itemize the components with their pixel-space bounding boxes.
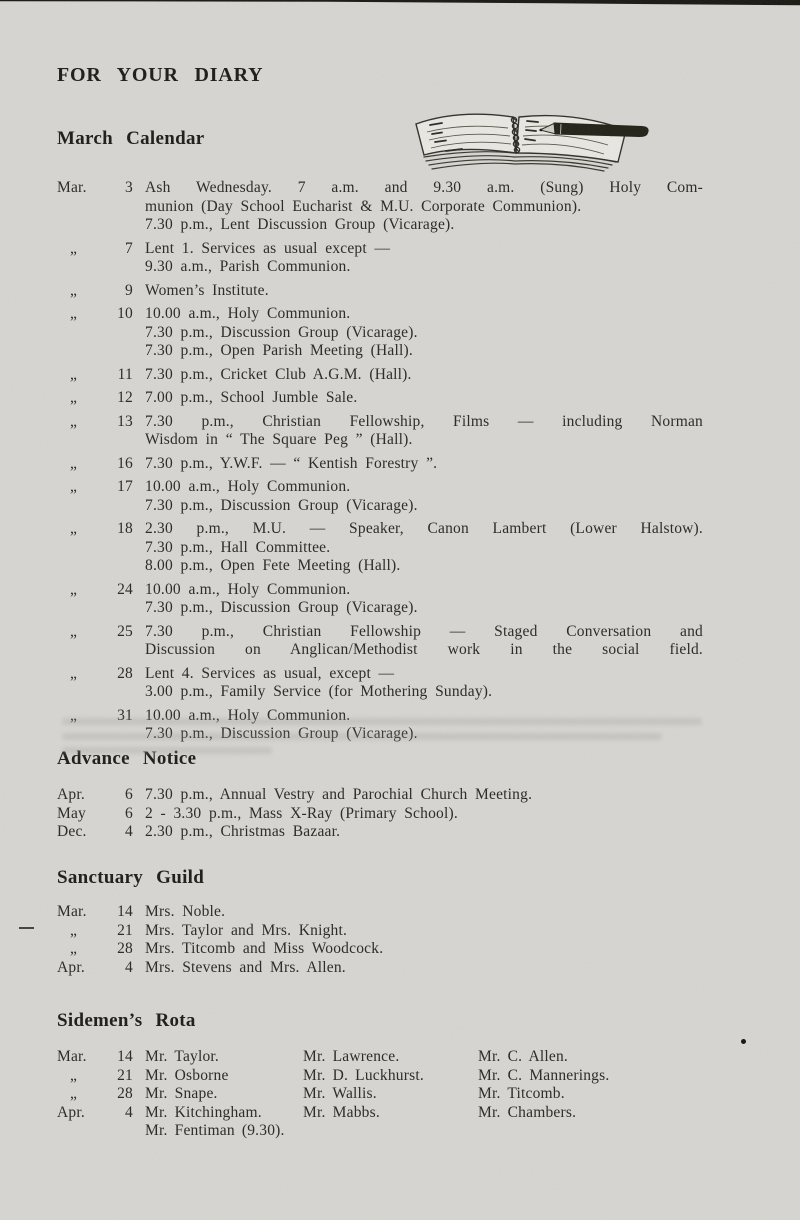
entry-text: Women’s Institute.: [133, 282, 762, 301]
sideman-name: [303, 1122, 478, 1141]
advance-notice-entry: Apr.67.30 p.m., Annual Vestry and Paroch…: [57, 786, 762, 805]
entry-month-label: „: [57, 623, 105, 660]
entry-text-line: 2 - 3.30 p.m., Mass X-Ray (Primary Schoo…: [145, 805, 762, 824]
entry-text-line: 10.00 a.m., Holy Communion.: [145, 478, 762, 497]
entry-day-number: 9: [105, 282, 133, 301]
sideman-name: Mr. Taylor.: [145, 1048, 303, 1067]
entry-text-line: 2.30 p.m., M.U. — Speaker, Canon Lambert…: [145, 520, 703, 539]
entry-day-number: 10: [105, 305, 133, 361]
entry-day-number: 4: [105, 823, 133, 842]
entry-text-line: Lent 1. Services as usual except —: [145, 240, 762, 259]
calendar-entry: „9Women’s Institute.: [57, 282, 762, 301]
entry-month-label: „: [57, 665, 105, 702]
entry-day-number: 4: [105, 959, 133, 978]
entry-text-line: 7.30 p.m., Discussion Group (Vicarage).: [145, 324, 762, 343]
entry-day-number: 7: [105, 240, 133, 277]
entry-names: Mr. Taylor.Mr. Lawrence.Mr. C. Allen.: [133, 1048, 762, 1067]
sidemens-rota-heading: Sidemen’s Rota: [57, 1010, 762, 1032]
sanctuary-guild-rows: Mar.14Mrs. Noble.„21Mrs. Taylor and Mrs.…: [57, 903, 762, 977]
sanctuary-guild-heading: Sanctuary Guild: [57, 867, 762, 889]
entry-month-label: „: [57, 1085, 105, 1104]
sanctuary-guild-section: Sanctuary Guild Mar.14Mrs. Noble.„21Mrs.…: [57, 867, 762, 977]
entry-text-line: Mrs. Taylor and Mrs. Knight.: [145, 922, 762, 941]
entry-text-line: Discussion on Anglican/Methodist work in…: [145, 641, 703, 660]
sideman-name: Mr. Kitchingham.: [145, 1104, 303, 1123]
march-calendar-heading: March Calendar: [57, 128, 204, 150]
sanctuary-guild-entry: Apr.4Mrs. Stevens and Mrs. Allen.: [57, 959, 762, 978]
entry-day-number: 4: [105, 1104, 133, 1123]
entry-day-number: 21: [105, 922, 133, 941]
sideman-name: [478, 1122, 762, 1141]
calendar-entry: „28Lent 4. Services as usual, except —3.…: [57, 665, 762, 702]
entry-month-label: „: [57, 366, 105, 385]
sideman-name: Mr. D. Luckhurst.: [303, 1067, 478, 1086]
sideman-name: Mr. Fentiman (9.30).: [145, 1122, 303, 1141]
sidemens-rota-entry: „28Mr. Snape.Mr. Wallis.Mr. Titcomb.: [57, 1085, 762, 1104]
entry-names: Mr. OsborneMr. D. Luckhurst.Mr. C. Manne…: [133, 1067, 762, 1086]
sideman-name: Mr. Snape.: [145, 1085, 303, 1104]
entry-month-label: Apr.: [57, 786, 105, 805]
calendar-entry: „117.30 p.m., Cricket Club A.G.M. (Hall)…: [57, 366, 762, 385]
entry-month-label: „: [57, 478, 105, 515]
entry-text: Mrs. Taylor and Mrs. Knight.: [133, 922, 762, 941]
entry-text-line: Women’s Institute.: [145, 282, 762, 301]
entry-text: Lent 1. Services as usual except —9.30 a…: [133, 240, 762, 277]
entry-month-label: Mar.: [57, 179, 105, 235]
calendar-entry: „167.30 p.m., Y.W.F. — “ Kentish Forestr…: [57, 455, 762, 474]
entry-month-label: „: [57, 282, 105, 301]
entry-month-label: „: [57, 922, 105, 941]
sidemens-rota-section: Sidemen’s Rota Mar.14Mr. Taylor.Mr. Lawr…: [57, 1010, 762, 1141]
entry-day-number: 16: [105, 455, 133, 474]
calendar-entry: „257.30 p.m., Christian Fellowship — Sta…: [57, 623, 762, 660]
entry-text: Ash Wednesday. 7 a.m. and 9.30 a.m. (Sun…: [133, 179, 762, 235]
entry-text-line: Lent 4. Services as usual, except —: [145, 665, 762, 684]
pen-icon: [540, 123, 649, 137]
entry-text-line: Mrs. Titcomb and Miss Woodcock.: [145, 940, 762, 959]
entry-month-label: „: [57, 240, 105, 277]
ink-dot-mark: [741, 1039, 746, 1044]
entry-month-label: „: [57, 1067, 105, 1086]
entry-text: 2 - 3.30 p.m., Mass X-Ray (Primary Schoo…: [133, 805, 762, 824]
entry-month-label: Mar.: [57, 903, 105, 922]
entry-names: Mr. Kitchingham.Mr. Mabbs.Mr. Chambers.: [133, 1104, 762, 1123]
sidemens-rota-entry: Apr.4Mr. Kitchingham.Mr. Mabbs.Mr. Chamb…: [57, 1104, 762, 1123]
sideman-name: Mr. Lawrence.: [303, 1048, 478, 1067]
entry-text-line: Mrs. Stevens and Mrs. Allen.: [145, 959, 762, 978]
entry-text-line: 10.00 a.m., Holy Communion.: [145, 581, 762, 600]
calendar-entry: „2410.00 a.m., Holy Communion.7.30 p.m.,…: [57, 581, 762, 618]
entry-month-label: „: [57, 305, 105, 361]
calendar-entry: „7Lent 1. Services as usual except —9.30…: [57, 240, 762, 277]
entry-day-number: 21: [105, 1067, 133, 1086]
calendar-entry: Mar.3Ash Wednesday. 7 a.m. and 9.30 a.m.…: [57, 179, 762, 235]
entry-text-line: 7.30 p.m., Open Parish Meeting (Hall).: [145, 342, 762, 361]
entry-text: 7.00 p.m., School Jumble Sale.: [133, 389, 762, 408]
advance-notice-rows: Apr.67.30 p.m., Annual Vestry and Paroch…: [57, 786, 762, 842]
entry-day-number: 14: [105, 903, 133, 922]
entry-text: Mrs. Noble.: [133, 903, 762, 922]
entry-text-line: 9.30 a.m., Parish Communion.: [145, 258, 762, 277]
sideman-name: Mr. Titcomb.: [478, 1085, 762, 1104]
entry-day-number: 24: [105, 581, 133, 618]
entry-text-line: 7.30 p.m., Lent Discussion Group (Vicara…: [145, 216, 762, 235]
entry-text-line: Mrs. Noble.: [145, 903, 762, 922]
entry-month-label: [57, 1122, 105, 1141]
entry-text-line: munion (Day School Eucharist & M.U. Corp…: [145, 198, 762, 217]
page-title: FOR YOUR DIARY: [57, 64, 263, 87]
sideman-name: Mr. C. Mannerings.: [478, 1067, 762, 1086]
sideman-name: Mr. C. Allen.: [478, 1048, 762, 1067]
entry-text: 7.30 p.m., Christian Fellowship — Staged…: [133, 623, 762, 660]
entry-day-number: 13: [105, 413, 133, 450]
entry-text-line: 8.00 p.m., Open Fete Meeting (Hall).: [145, 557, 762, 576]
entry-day-number: 17: [105, 478, 133, 515]
sideman-name: Mr. Chambers.: [478, 1104, 762, 1123]
calendar-entry: „182.30 p.m., M.U. — Speaker, Canon Lamb…: [57, 520, 762, 576]
entry-day-number: 3: [105, 179, 133, 235]
scanned-parish-magazine-page: FOR YOUR DIARY March Calendar: [0, 0, 800, 1220]
advance-notice-entry: Dec.42.30 p.m., Christmas Bazaar.: [57, 823, 762, 842]
entry-names: Mr. Fentiman (9.30).: [133, 1122, 762, 1141]
ink-bleedthrough: [62, 718, 702, 725]
sanctuary-guild-entry: „21Mrs. Taylor and Mrs. Knight.: [57, 922, 762, 941]
ink-bleedthrough: [62, 747, 272, 754]
entry-text-line: Ash Wednesday. 7 a.m. and 9.30 a.m. (Sun…: [145, 179, 703, 198]
entry-month-label: „: [57, 389, 105, 408]
entry-text: 7.30 p.m., Christian Fellowship, Films —…: [133, 413, 762, 450]
entry-text-line: 3.00 p.m., Family Service (for Mothering…: [145, 683, 762, 702]
entry-text-line: 7.30 p.m., Christian Fellowship — Staged…: [145, 623, 703, 642]
entry-text-line: Wisdom in “ The Square Peg ” (Hall).: [145, 431, 762, 450]
entry-text-line: 7.30 p.m., Christian Fellowship, Films —…: [145, 413, 703, 432]
entry-text: 10.00 a.m., Holy Communion.7.30 p.m., Di…: [133, 581, 762, 618]
sanctuary-guild-entry: „28Mrs. Titcomb and Miss Woodcock.: [57, 940, 762, 959]
entry-day-number: 12: [105, 389, 133, 408]
entry-day-number: 11: [105, 366, 133, 385]
entry-day-number: [105, 1122, 133, 1141]
diary-with-pen-illustration: [394, 94, 658, 182]
sidemens-rota-entry: Mr. Fentiman (9.30).: [57, 1122, 762, 1141]
entry-text-line: 7.00 p.m., School Jumble Sale.: [145, 389, 762, 408]
ink-bleedthrough: [62, 733, 662, 740]
sidemens-rota-rows: Mar.14Mr. Taylor.Mr. Lawrence.Mr. C. All…: [57, 1048, 762, 1141]
calendar-entry: „127.00 p.m., School Jumble Sale.: [57, 389, 762, 408]
entry-text: 10.00 a.m., Holy Communion.7.30 p.m., Di…: [133, 305, 762, 361]
entry-text-line: 2.30 p.m., Christmas Bazaar.: [145, 823, 762, 842]
entry-month-label: Dec.: [57, 823, 105, 842]
calendar-entry: „137.30 p.m., Christian Fellowship, Film…: [57, 413, 762, 450]
entry-day-number: 6: [105, 786, 133, 805]
entry-day-number: 25: [105, 623, 133, 660]
entry-day-number: 6: [105, 805, 133, 824]
entry-day-number: 28: [105, 940, 133, 959]
entry-text: 2.30 p.m., M.U. — Speaker, Canon Lambert…: [133, 520, 762, 576]
entry-names: Mr. Snape.Mr. Wallis.Mr. Titcomb.: [133, 1085, 762, 1104]
march-calendar-rows: Mar.3Ash Wednesday. 7 a.m. and 9.30 a.m.…: [57, 179, 762, 749]
entry-text: 10.00 a.m., Holy Communion.7.30 p.m., Di…: [133, 478, 762, 515]
entry-text-line: 7.30 p.m., Cricket Club A.G.M. (Hall).: [145, 366, 762, 385]
scan-top-edge-artifact: [0, 0, 800, 6]
advance-notice-section: Advance Notice Apr.67.30 p.m., Annual Ve…: [57, 748, 762, 842]
entry-month-label: „: [57, 581, 105, 618]
entry-month-label: Apr.: [57, 1104, 105, 1123]
calendar-entry: „1710.00 a.m., Holy Communion.7.30 p.m.,…: [57, 478, 762, 515]
entry-text: Mrs. Stevens and Mrs. Allen.: [133, 959, 762, 978]
entry-text: Lent 4. Services as usual, except —3.00 …: [133, 665, 762, 702]
entry-text: 2.30 p.m., Christmas Bazaar.: [133, 823, 762, 842]
sanctuary-guild-entry: Mar.14Mrs. Noble.: [57, 903, 762, 922]
entry-text-line: 10.00 a.m., Holy Communion.: [145, 305, 762, 324]
entry-text: 7.30 p.m., Annual Vestry and Parochial C…: [133, 786, 762, 805]
entry-day-number: 18: [105, 520, 133, 576]
entry-month-label: „: [57, 940, 105, 959]
sideman-name: Mr. Osborne: [145, 1067, 303, 1086]
entry-text-line: 7.30 p.m., Hall Committee.: [145, 539, 762, 558]
entry-day-number: 28: [105, 665, 133, 702]
entry-text: Mrs. Titcomb and Miss Woodcock.: [133, 940, 762, 959]
entry-text-line: 7.30 p.m., Y.W.F. — “ Kentish Forestry ”…: [145, 455, 762, 474]
calendar-entry: „1010.00 a.m., Holy Communion.7.30 p.m.,…: [57, 305, 762, 361]
entry-month-label: May: [57, 805, 105, 824]
entry-text-line: 7.30 p.m., Discussion Group (Vicarage).: [145, 497, 762, 516]
entry-month-label: „: [57, 520, 105, 576]
entry-day-number: 14: [105, 1048, 133, 1067]
sideman-name: Mr. Mabbs.: [303, 1104, 478, 1123]
sideman-name: Mr. Wallis.: [303, 1085, 478, 1104]
advance-notice-entry: May62 - 3.30 p.m., Mass X-Ray (Primary S…: [57, 805, 762, 824]
entry-day-number: 28: [105, 1085, 133, 1104]
entry-text: 7.30 p.m., Cricket Club A.G.M. (Hall).: [133, 366, 762, 385]
entry-text-line: 7.30 p.m., Discussion Group (Vicarage).: [145, 599, 762, 618]
entry-month-label: „: [57, 455, 105, 474]
entry-month-label: Apr.: [57, 959, 105, 978]
entry-month-label: „: [57, 413, 105, 450]
entry-text: 7.30 p.m., Y.W.F. — “ Kentish Forestry ”…: [133, 455, 762, 474]
sidemens-rota-entry: Mar.14Mr. Taylor.Mr. Lawrence.Mr. C. All…: [57, 1048, 762, 1067]
stray-dash-mark: [19, 927, 34, 929]
sidemens-rota-entry: „21Mr. OsborneMr. D. Luckhurst.Mr. C. Ma…: [57, 1067, 762, 1086]
entry-month-label: Mar.: [57, 1048, 105, 1067]
entry-text-line: 7.30 p.m., Annual Vestry and Parochial C…: [145, 786, 762, 805]
